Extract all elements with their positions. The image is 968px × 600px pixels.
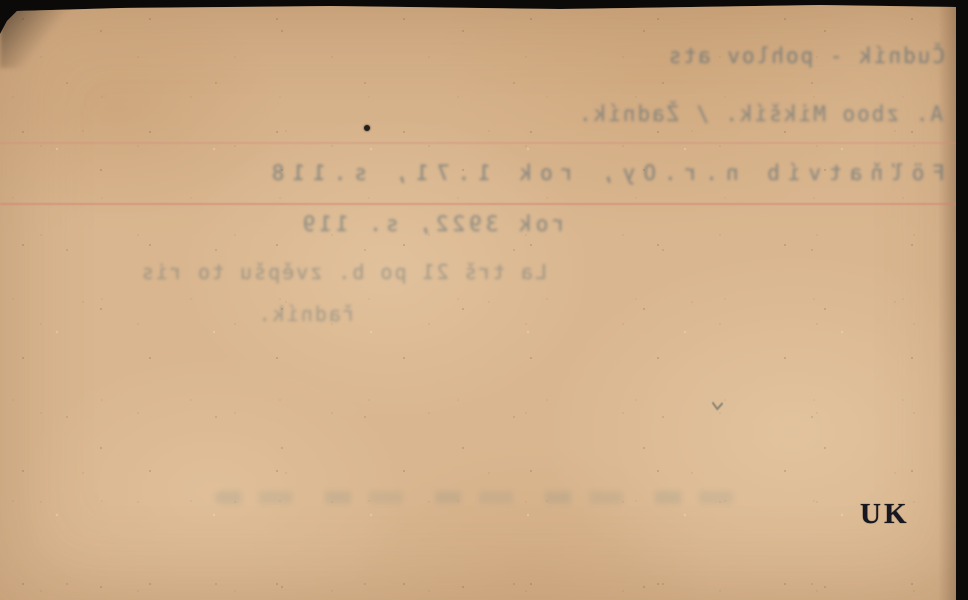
bleedthrough-line-1: Čudník - pohlov ats <box>505 44 945 68</box>
uk-stamp: UK <box>860 498 910 531</box>
scanned-page: Čudník - pohlov ats A. zboo Mikšík. / Ža… <box>0 0 968 600</box>
bleedthrough-line-4: rok 3922, s. 119 <box>235 212 565 236</box>
faded-smudge <box>215 491 760 504</box>
pen-mark <box>712 396 723 410</box>
bleedthrough-line-6: řadník. <box>240 302 355 326</box>
paper-mottling <box>0 0 968 600</box>
bleedthrough-line-3: Föľňatvíb n.r.Oy, rok 1.71, s.118 <box>30 161 945 185</box>
paper-speckles <box>0 0 968 600</box>
right-edge-shadow <box>938 0 958 600</box>
ink-dot <box>364 125 370 131</box>
corner-shadow <box>0 4 78 68</box>
bleedthrough-line-2: A. zboo Mikšík. / Žadník. <box>438 102 943 126</box>
ruled-line-bottom <box>0 203 956 205</box>
ruled-line-top <box>0 142 956 144</box>
bleedthrough-line-5: La trš 21 po b. zvěpšu to ris <box>132 260 547 284</box>
catalog-card: Čudník - pohlov ats A. zboo Mikšík. / Ža… <box>0 0 968 600</box>
